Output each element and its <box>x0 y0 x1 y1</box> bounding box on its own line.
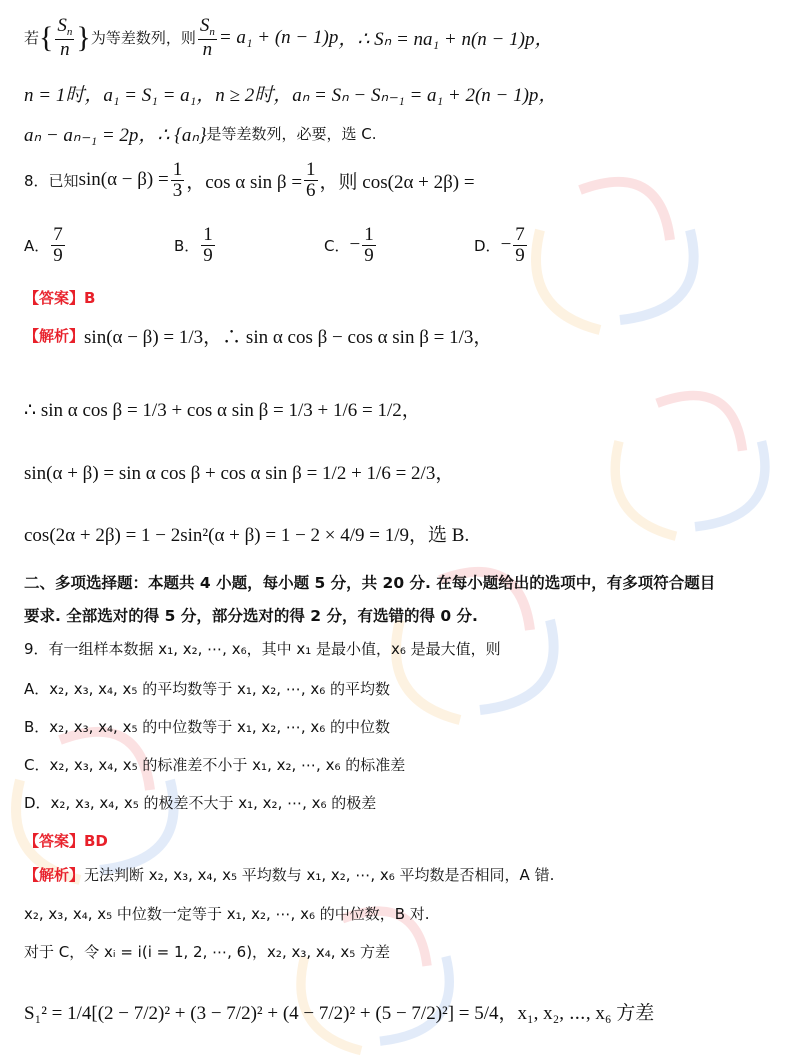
fraction: 16 <box>304 160 318 201</box>
brace: } <box>76 23 90 53</box>
section-2-heading-2: 要求. 全部选对的得 5 分，部分选对的得 2 分，有选错的得 0 分. <box>24 604 478 626</box>
option-a: A．79 <box>24 225 174 266</box>
question-8-options: A．79 B．19 C．−19 D．−79 <box>24 225 624 266</box>
text: 为等差数列，则 <box>91 27 196 48</box>
prev-solution-line-2: n = 1时，a₁ = S₁ = a₁，n ≥ 2时，aₙ = Sₙ − Sₙ₋… <box>24 80 557 107</box>
option-b: B．x₂, x₃, x₄, x₅ 的中位数等于 x₁, x₂, ⋯, x₆ 的中… <box>24 716 390 737</box>
section-2-heading-1: 二、多项选择题：本题共 4 小题，每小题 5 分，共 20 分. 在每小题给出的… <box>24 571 715 593</box>
equation: sin(α − β) = <box>79 169 169 191</box>
analysis-q8-step-1: 【解析】 sin(α − β) = 1/3，∴ sin α cos β − co… <box>24 322 492 349</box>
text: 若 <box>24 27 39 48</box>
option-d: D．−79 <box>474 225 624 266</box>
question-number: 8． <box>24 170 49 191</box>
text: 是等差数列，必要，选 C. <box>207 123 377 144</box>
fraction-sn-over-n: Snn <box>55 16 74 59</box>
analysis-q9-line-2: x₂, x₃, x₄, x₅ 中位数一定等于 x₁, x₂, ⋯, x₆ 的中位… <box>24 903 430 924</box>
analysis-q8-step-3: sin(α + β) = sin α cos β + cos α sin β =… <box>24 458 454 485</box>
prev-solution-line-1: 若 { Snn } 为等差数列，则 Snn = a₁ + (n − 1)p ，∴… <box>24 16 553 59</box>
equation: aₙ − aₙ₋₁ = 2p，∴ {aₙ} <box>24 120 207 147</box>
equation: ，cos α sin β = <box>186 167 302 194</box>
watermark-logo <box>600 380 788 550</box>
question-8-stem: 8． 已知 sin(α − β) = 13 ，cos α sin β = 16 … <box>24 160 475 201</box>
option-c: C．−19 <box>324 225 474 266</box>
analysis-q8-step-4: cos(2α + 2β) = 1 − 2sin²(α + β) = 1 − 2 … <box>24 520 469 547</box>
watermark-logo <box>280 900 480 1060</box>
analysis-tag: 【解析】 <box>24 864 84 885</box>
option-d: D．x₂, x₃, x₄, x₅ 的极差不大于 x₁, x₂, ⋯, x₆ 的极… <box>24 792 376 813</box>
analysis-q9-line-3: 对于 C，令 xᵢ = i(i = 1, 2, ⋯, 6)，x₂, x₃, x₄… <box>24 941 390 962</box>
option-b: B．19 <box>174 225 324 266</box>
equation: sin(α − β) = 1/3，∴ sin α cos β − cos α s… <box>84 322 492 349</box>
text: 无法判断 x₂, x₃, x₄, x₅ 平均数与 x₁, x₂, ⋯, x₆ 平… <box>84 864 554 885</box>
prev-solution-line-3: aₙ − aₙ₋₁ = 2p，∴ {aₙ} 是等差数列，必要，选 C. <box>24 120 377 147</box>
equation: ，∴ Sₙ = na₁ + n(n − 1)p， <box>338 24 553 51</box>
question-9-stem: 9．有一组样本数据 x₁, x₂, ⋯, x₆，其中 x₁ 是最小值，x₆ 是最… <box>24 638 501 659</box>
answer-tag-q9: 【答案】BD <box>24 830 108 851</box>
text: 已知 <box>49 170 79 191</box>
analysis-q9-line-4: S₁² = 1/4[(2 − 7/2)² + (3 − 7/2)² + (4 −… <box>24 998 654 1025</box>
option-a: A．x₂, x₃, x₄, x₅ 的平均数等于 x₁, x₂, ⋯, x₆ 的平… <box>24 678 390 699</box>
analysis-tag: 【解析】 <box>24 325 84 346</box>
option-c: C．x₂, x₃, x₄, x₅ 的标准差不小于 x₁, x₂, ⋯, x₆ 的… <box>24 754 405 775</box>
fraction: 13 <box>171 160 185 201</box>
equation: = a₁ + (n − 1)p <box>219 27 338 49</box>
answer-tag-q8: 【答案】B <box>24 287 95 308</box>
fraction-sn-over-n: Snn <box>198 16 217 59</box>
equation: ，则 cos(2α + 2β) = <box>320 167 475 194</box>
analysis-q9-line-1: 【解析】 无法判断 x₂, x₃, x₄, x₅ 平均数与 x₁, x₂, ⋯,… <box>24 864 554 885</box>
brace: { <box>39 23 53 53</box>
analysis-q8-step-2: ∴ sin α cos β = 1/3 + cos α sin β = 1/3 … <box>24 395 421 422</box>
